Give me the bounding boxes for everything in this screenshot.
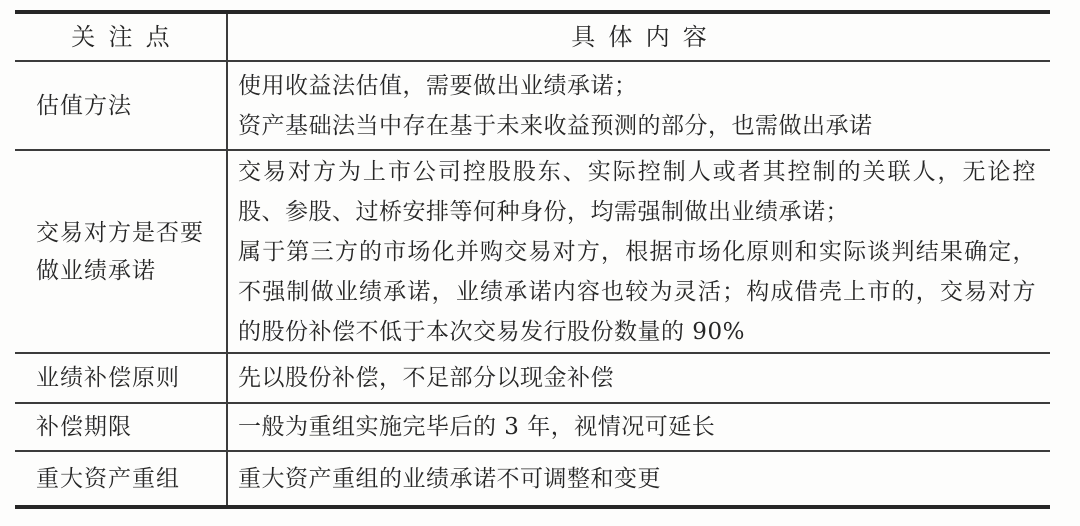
column-header-focus-label: 关注点 bbox=[71, 18, 183, 56]
table-row-valuation-method: 估值方法 使用收益法估值，需要做出业绩承诺； 资产基础法当中存在基于未来收益预测… bbox=[15, 62, 1050, 151]
content-paragraph: 资产基础法当中存在基于未来收益预测的部分，也需做出承诺 bbox=[238, 106, 1036, 146]
focus-label: 业绩补偿原则 bbox=[36, 359, 222, 397]
focus-cell: 业绩补偿原则 bbox=[15, 354, 228, 402]
focus-cell: 重大资产重组 bbox=[15, 452, 228, 505]
focus-cell: 补偿期限 bbox=[15, 404, 228, 450]
table-row-compensation-period: 补偿期限 一般为重组实施完毕后的 3 年，视情况可延长 bbox=[15, 404, 1050, 452]
table-row-counterparty-commitment: 交易对方是否要做业绩承诺 交易对方为上市公司控股股东、实际控制人或者其控制的关联… bbox=[15, 151, 1050, 354]
table-row-compensation-principle: 业绩补偿原则 先以股份补偿，不足部分以现金补偿 bbox=[15, 354, 1050, 404]
content-paragraph: 重大资产重组的业绩承诺不可调整和变更 bbox=[238, 459, 1036, 499]
column-header-content: 具体内容 bbox=[228, 14, 1050, 60]
content-paragraph: 属于第三方的市场化并购交易对方，根据市场化原则和实际谈判结果确定，不强制做业绩承… bbox=[238, 232, 1036, 352]
focus-cell: 交易对方是否要做业绩承诺 bbox=[15, 151, 228, 352]
content-cell: 重大资产重组的业绩承诺不可调整和变更 bbox=[228, 452, 1050, 505]
performance-commitment-table: 关注点 具体内容 估值方法 使用收益法估值，需要做出业绩承诺； 资产基础法当中存… bbox=[15, 10, 1050, 509]
focus-label: 交易对方是否要做业绩承诺 bbox=[36, 214, 222, 290]
content-paragraph: 交易对方为上市公司控股股东、实际控制人或者其控制的关联人，无论控股、参股、过桥安… bbox=[238, 152, 1036, 232]
content-cell: 一般为重组实施完毕后的 3 年，视情况可延长 bbox=[228, 404, 1050, 450]
content-cell: 交易对方为上市公司控股股东、实际控制人或者其控制的关联人，无论控股、参股、过桥安… bbox=[228, 151, 1050, 352]
content-paragraph: 先以股份补偿，不足部分以现金补偿 bbox=[238, 358, 1036, 398]
content-paragraph: 使用收益法估值，需要做出业绩承诺； bbox=[238, 66, 1036, 106]
content-paragraph: 一般为重组实施完毕后的 3 年，视情况可延长 bbox=[238, 407, 1036, 447]
column-header-focus: 关注点 bbox=[15, 14, 228, 60]
table-row-major-asset-restructuring: 重大资产重组 重大资产重组的业绩承诺不可调整和变更 bbox=[15, 452, 1050, 505]
focus-label: 重大资产重组 bbox=[36, 460, 222, 498]
column-header-content-label: 具体内容 bbox=[571, 17, 720, 57]
focus-label: 估值方法 bbox=[36, 87, 222, 125]
content-cell: 使用收益法估值，需要做出业绩承诺； 资产基础法当中存在基于未来收益预测的部分，也… bbox=[228, 62, 1050, 149]
content-cell: 先以股份补偿，不足部分以现金补偿 bbox=[228, 354, 1050, 402]
table-header-row: 关注点 具体内容 bbox=[15, 14, 1050, 62]
focus-cell: 估值方法 bbox=[15, 62, 228, 149]
focus-label: 补偿期限 bbox=[36, 408, 222, 446]
scanned-document-page: 关注点 具体内容 估值方法 使用收益法估值，需要做出业绩承诺； 资产基础法当中存… bbox=[0, 0, 1080, 526]
